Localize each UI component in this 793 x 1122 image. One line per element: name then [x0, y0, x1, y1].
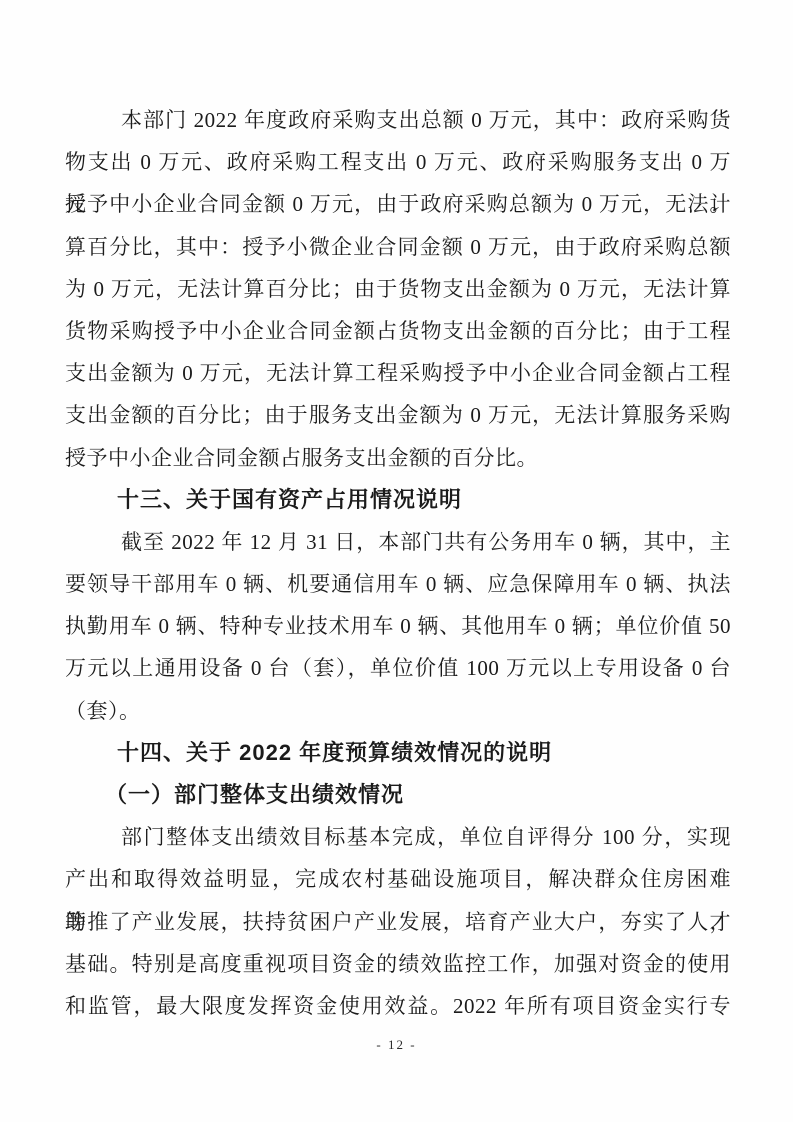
procurement-paragraph-line: 物支出 0 万元、政府采购工程支出 0 万元、政府采购服务支出 0 万元。 [65, 141, 731, 183]
section-heading-13: 十三、关于国有资产占用情况说明 [65, 479, 731, 521]
document-page: 本部门 2022 年度政府采购支出总额 0 万元，其中：政府采购货物支出 0 万… [0, 0, 793, 1122]
procurement-paragraph-line: 货物采购授予中小企业合同金额占货物支出金额的百分比；由于工程 [65, 310, 731, 352]
section-heading-14: 十四、关于 2022 年度预算绩效情况的说明 [65, 732, 731, 774]
procurement-paragraph-line: 为 0 万元，无法计算百分比；由于货物支出金额为 0 万元，无法计算 [65, 268, 731, 310]
procurement-paragraph-line: 授予中小企业合同金额占服务支出金额的百分比。 [65, 437, 731, 479]
state-assets-paragraph-line: 执勤用车 0 辆、特种专业技术用车 0 辆、其他用车 0 辆；单位价值 50 [65, 605, 731, 647]
procurement-paragraph-line: 支出金额的百分比；由于服务支出金额为 0 万元，无法计算服务采购 [65, 394, 731, 436]
performance-paragraph-line: 产出和取得效益明显，完成农村基础设施项目，解决群众住房困难等， [65, 858, 731, 900]
state-assets-paragraph-line: 要领导干部用车 0 辆、机要通信用车 0 辆、应急保障用车 0 辆、执法 [65, 563, 731, 605]
page-footer: - 12 - [0, 1037, 793, 1053]
performance-paragraph-line: 基础。特别是高度重视项目资金的绩效监控工作，加强对资金的使用 [65, 943, 731, 985]
performance-paragraph-line: 和监管，最大限度发挥资金使用效益。2022 年所有项目资金实行专 [65, 985, 731, 1027]
state-assets-paragraph-line: （套）。 [65, 690, 731, 732]
procurement-paragraph-line: 本部门 2022 年度政府采购支出总额 0 万元，其中：政府采购货 [65, 99, 731, 141]
state-assets-paragraph-line: 截至 2022 年 12 月 31 日，本部门共有公务用车 0 辆，其中，主 [65, 521, 731, 563]
procurement-paragraph-line: 算百分比，其中：授予小微企业合同金额 0 万元，由于政府采购总额 [65, 226, 731, 268]
procurement-paragraph-line: 授予中小企业合同金额 0 万元，由于政府采购总额为 0 万元，无法计 [65, 183, 731, 225]
performance-paragraph-line: 部门整体支出绩效目标基本完成，单位自评得分 100 分，实现 [65, 816, 731, 858]
page-number: - 12 - [376, 1037, 416, 1052]
procurement-paragraph-line: 支出金额为 0 万元，无法计算工程采购授予中小企业合同金额占工程 [65, 352, 731, 394]
state-assets-paragraph-line: 万元以上通用设备 0 台（套），单位价值 100 万元以上专用设备 0 台 [65, 647, 731, 689]
page-content: 本部门 2022 年度政府采购支出总额 0 万元，其中：政府采购货物支出 0 万… [65, 99, 731, 1027]
subsection-heading-1: （一）部门整体支出绩效情况 [65, 774, 731, 816]
performance-paragraph-line: 助推了产业发展，扶持贫困户产业发展，培育产业大户，夯实了人才 [65, 901, 731, 943]
